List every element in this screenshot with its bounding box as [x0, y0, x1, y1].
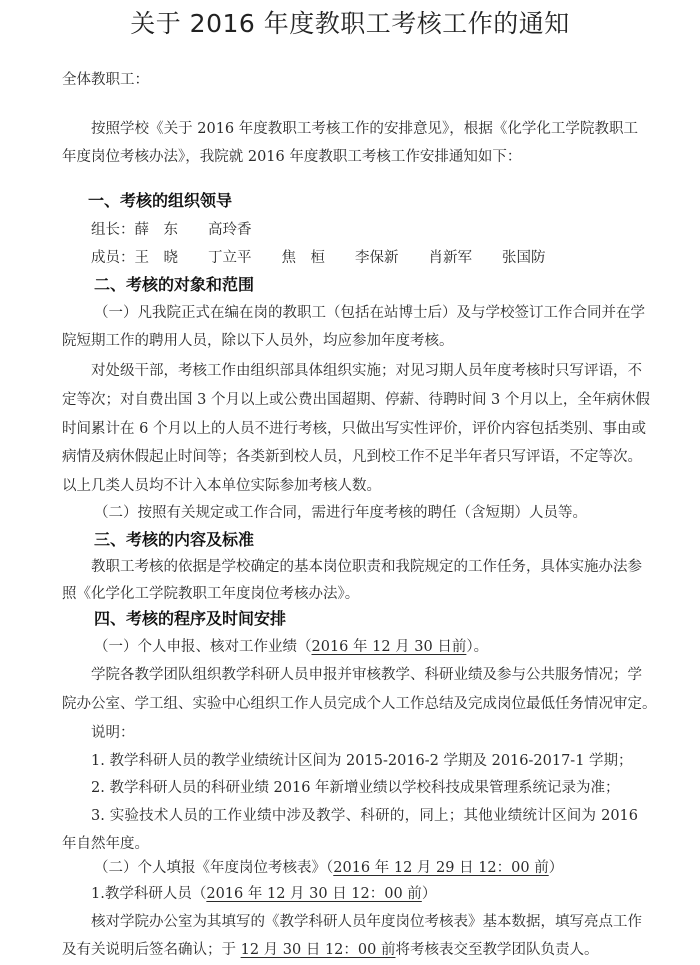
- intro-line-1: 按照学校《关于 2016 年度教职工考核工作的安排意见》，根据《化学化工学院教职…: [91, 117, 638, 138]
- document-title: 关于 2016 年度教职工考核工作的通知: [0, 4, 700, 40]
- step-2-label: （二）个人填报《年度岗位考核表》（: [94, 860, 333, 876]
- member-name: 李保新: [355, 250, 399, 266]
- step-2-sub-1-deadline: 2016 年 12 月 30 日 12：00 前: [206, 886, 421, 902]
- step-1-label: （一）个人申报、核对工作业绩（: [94, 639, 312, 655]
- section-2-para-2-line-4: 病情及病休假起止时间等；各类新到校人员，凡到校工作不足半年者只写评语，不定等次。: [62, 445, 638, 466]
- step-2-deadline: 2016 年 12 月 29 日 12：00 前: [333, 860, 548, 876]
- step-1: （一）个人申报、核对工作业绩（2016 年 12 月 30 日前）。: [94, 635, 488, 656]
- member-name: 焦 桓: [282, 250, 326, 266]
- step-2-sub-1-label: 1.教学科研人员（: [91, 886, 206, 902]
- desc-prefix: 及有关说明后签名确认；于: [62, 942, 241, 958]
- step-2-suffix: ）: [549, 860, 564, 876]
- step-1-desc-line-2: 院办公室、学工组、实验中心组织工作人员完成个人工作总结及完成岗位最低任务情况审定…: [62, 692, 638, 713]
- note-3: 3. 实验技术人员的工作业绩中涉及教学、科研的，同上；其他业绩统计区间为 201…: [91, 804, 638, 825]
- member-name: 丁立平: [208, 250, 252, 266]
- section-3-line-2: 照《化学化工学院教职工年度岗位考核办法》。: [62, 582, 359, 603]
- member-name: 王 晓: [135, 250, 179, 266]
- salutation: 全体教职工：: [62, 68, 149, 89]
- note-2: 2. 教学科研人员的科研业绩 2016 年新增业绩以学校科技成果管理系统记录为准…: [91, 776, 620, 797]
- step-1-desc-line-1: 学院各教学团队组织教学科研人员申报并审核教学、科研业绩及参与公共服务情况；学: [91, 663, 638, 684]
- desc-suffix: 将考核表交至教学团队负责人。: [395, 942, 598, 958]
- submission-deadline: 12 月 30 日 12：00 前: [241, 942, 396, 958]
- section-2-para-2-line-2: 定等次；对自费出国 3 个月以上或公费出国超期、停薪、待聘时间 3 个月以上，全…: [62, 388, 638, 409]
- step-2-sub-1-desc-line-1: 核对学院办公室为其填写的《教学科研人员年度岗位考核表》基本数据，填写亮点工作: [91, 910, 638, 931]
- note-1: 1. 教学科研人员的教学业绩统计区间为 2015-2016-2 学期及 2016…: [91, 749, 633, 770]
- leader-name: 薛 东: [135, 222, 179, 238]
- section-3-heading: 三、考核的内容及标准: [94, 527, 254, 550]
- section-2-para-1-line-2: 院短期工作的聘用人员，除以下人员外，均应参加年度考核。: [62, 329, 454, 350]
- members-row: 成员：王 晓丁立平焦 桓李保新肖新军张国防: [91, 246, 546, 267]
- note-3-continued: 年自然年度。: [62, 832, 149, 853]
- section-2-para-1-line-1: （一）凡我院正式在编在岗的教职工（包括在站博士后）及与学校签订工作合同并在学: [94, 301, 638, 322]
- leader-name: 高玲香: [208, 222, 252, 238]
- section-2-heading: 二、考核的对象和范围: [94, 272, 254, 295]
- leaders-row: 组长：薛 东高玲香: [91, 218, 252, 239]
- intro-line-2: 年度岗位考核办法》，我院就 2016 年度教职工考核工作安排通知如下：: [62, 145, 521, 166]
- notes-label: 说明：: [91, 721, 135, 742]
- step-1-suffix: ）。: [466, 639, 488, 655]
- section-4-heading: 四、考核的程序及时间安排: [94, 606, 286, 629]
- step-1-deadline: 2016 年 12 月 30 日前: [312, 639, 467, 655]
- section-2-para-3: （二）按照有关规定或工作合同，需进行年度考核的聘任（含短期）人员等。: [94, 501, 587, 522]
- step-2-sub-1-desc-line-2: 及有关说明后签名确认；于 12 月 30 日 12：00 前将考核表交至教学团队…: [62, 938, 598, 959]
- step-2-sub-1-suffix: ）: [422, 886, 437, 902]
- step-2-sub-1: 1.教学科研人员（2016 年 12 月 30 日 12：00 前）: [91, 882, 436, 903]
- step-2: （二）个人填报《年度岗位考核表》（2016 年 12 月 29 日 12：00 …: [94, 856, 563, 877]
- member-name: 张国防: [502, 250, 546, 266]
- members-label: 成员：: [91, 250, 135, 266]
- section-3-line-1: 教职工考核的依据是学校确定的基本岗位职责和我院规定的工作任务，具体实施办法参: [91, 555, 638, 576]
- leaders-label: 组长：: [91, 222, 135, 238]
- section-1-heading: 一、考核的组织领导: [88, 188, 232, 211]
- member-name: 肖新军: [429, 250, 473, 266]
- section-2-para-2-line-5: 以上几类人员均不计入本单位实际参加考核人数。: [62, 474, 381, 495]
- section-2-para-2-line-1: 对处级干部，考核工作由组织部具体组织实施；对见习期人员年度考核时只写评语，不: [91, 359, 638, 380]
- section-2-para-2-line-3: 时间累计在 6 个月以上的人员不进行考核，只做出写实性评价，评价内容包括类别、事…: [62, 417, 638, 438]
